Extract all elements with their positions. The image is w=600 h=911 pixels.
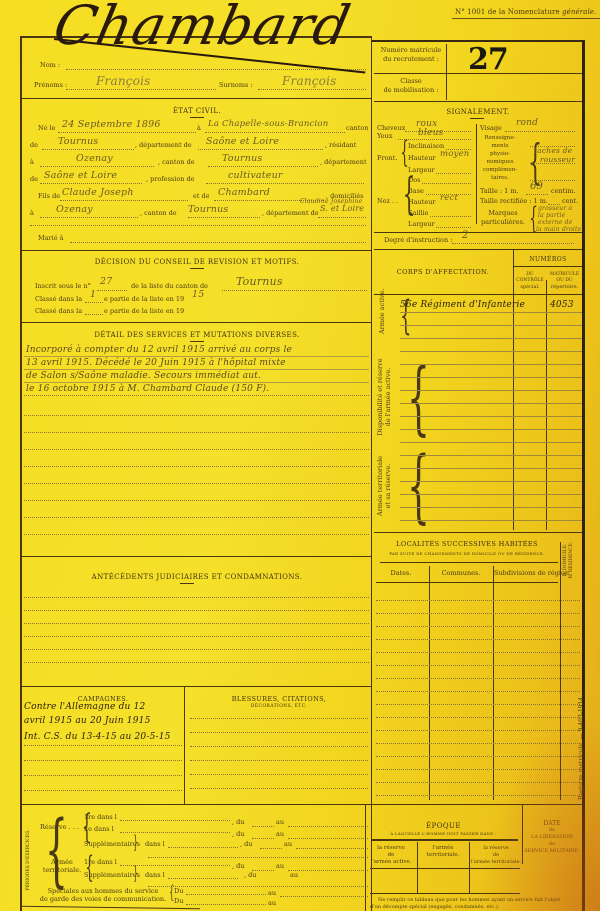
divider <box>22 98 372 99</box>
renseignements-line: taires. <box>480 174 520 182</box>
field-line <box>120 820 230 821</box>
renseignements-value-1: taches de <box>534 146 572 155</box>
degre-instruction-value: 2 <box>462 230 469 241</box>
row-line <box>400 481 582 482</box>
surname-heading: Chambard <box>48 0 356 57</box>
taille-value: 69 <box>530 181 543 192</box>
row-line <box>376 782 580 783</box>
divider <box>452 18 600 19</box>
divider <box>22 686 372 687</box>
field-line <box>24 449 369 450</box>
supplementaires-label: Supplémentaires <box>84 840 140 848</box>
field-line <box>530 146 575 147</box>
field-line <box>206 183 364 184</box>
field-line <box>24 382 369 383</box>
row-line <box>400 442 582 443</box>
localites-title: LOCALITÉS SUCCESSIVES HABITÉES <box>374 540 560 548</box>
du-speciales-label: Du <box>174 887 183 895</box>
field-line <box>288 870 368 871</box>
reserve-1-label: 1re dans l <box>84 813 117 821</box>
departement-value: Saône et Loire <box>206 136 279 147</box>
marques-label-line: particulières. <box>480 218 526 227</box>
epoque-header-line: de <box>470 852 522 859</box>
field-line <box>186 904 266 905</box>
divider <box>514 266 582 267</box>
left-form-frame <box>20 36 372 911</box>
nez-largeur-label: Largeur <box>408 220 435 228</box>
divider <box>22 556 372 557</box>
field-line <box>24 415 369 416</box>
matricule-entry: 4053 <box>550 300 574 310</box>
field-line <box>205 132 345 133</box>
row-line <box>376 704 580 705</box>
territoriale-line: et sa réserve. <box>384 446 392 526</box>
field-line <box>252 838 274 839</box>
divider <box>470 118 484 119</box>
field-line <box>24 636 369 637</box>
field-line <box>24 534 369 535</box>
field-line <box>24 649 369 650</box>
field-line <box>398 139 471 140</box>
field-line <box>24 775 182 776</box>
du-label: , du <box>232 830 244 838</box>
de-label: de <box>30 141 38 149</box>
yeux-label: Yeux <box>377 132 392 140</box>
nom-field-line <box>66 69 366 70</box>
blessures-title: BLESSURES, CITATIONS, <box>186 695 372 703</box>
row-line <box>376 769 580 770</box>
field-line <box>70 242 366 243</box>
localites-subtitle: PAR SUITE DE CHANGEMENTS DE DOMICILE OU … <box>374 551 560 556</box>
field-line <box>24 500 369 501</box>
field-line <box>190 746 368 747</box>
field-line <box>24 745 182 746</box>
visage-label: Visage <box>480 124 502 132</box>
base-label: Base <box>408 187 424 195</box>
row-line <box>376 600 580 601</box>
epoque-header-line: de <box>366 852 416 859</box>
decision-title: DÉCISION DU CONSEIL DE REVISION ET MOTIF… <box>22 258 372 266</box>
field-line <box>30 225 366 226</box>
epoque-col-reserve-active: la réserve de l'armée active. <box>366 845 416 866</box>
field-line <box>40 217 138 218</box>
row-line <box>400 377 582 378</box>
field-line <box>40 183 142 184</box>
field-line <box>85 314 103 315</box>
register-print-note: Registre matricule. — 9-403-1914. <box>578 695 585 800</box>
date-liberation-line: LA LIBÉRATION <box>523 834 581 841</box>
epoque-title: ÉPOQUE <box>366 822 521 830</box>
reserve-label: Réserve . . . <box>40 823 79 831</box>
residant-label: , résidant <box>325 141 356 149</box>
field-line <box>168 847 238 848</box>
du-label: , du <box>240 840 252 848</box>
profession-label: , profession de <box>146 175 195 183</box>
numeros-title: NUMÉROS <box>514 256 582 263</box>
epoque-header-line: la réserve <box>470 845 522 852</box>
row-line <box>400 325 582 326</box>
profession-value: cultivateur <box>228 170 283 181</box>
reserve-2-label: 2e dans l <box>84 825 114 833</box>
nomenclature-number: N° 1001 de la Nomenclature générale. <box>455 8 596 16</box>
field-line <box>58 132 196 133</box>
row-line <box>400 403 582 404</box>
residence-value: Ozenay <box>76 153 113 164</box>
disponibilite-line: Disponibilité et réserve <box>376 352 384 442</box>
register-page: N° 1001 de la Nomenclature générale. Cha… <box>0 0 600 911</box>
field-line <box>296 848 368 849</box>
field-line <box>24 790 182 791</box>
liste-canton-value: Tournus <box>236 275 283 288</box>
row-line <box>376 613 580 614</box>
au-label: au <box>284 840 292 848</box>
divider <box>370 868 520 869</box>
taille-rectifiee-unit: cent. <box>562 197 578 205</box>
epoque-note-line-1: Ne remplir ce tableau que pour les homme… <box>378 897 560 903</box>
renseignements-line: ments <box>480 142 520 150</box>
controle-column-header: DU CONTRÔLE spécial. <box>514 272 546 290</box>
matricule-column-header: MATRICULE OU DU répertoire. <box>547 272 582 290</box>
au-label: au <box>290 871 298 879</box>
birth-date-value: 24 Septembre 1896 <box>62 119 161 130</box>
row-line <box>400 429 582 430</box>
prenoms-label: Prénoms : <box>34 81 67 89</box>
taille-label: Taille : 1 m. <box>480 187 519 195</box>
divider <box>374 232 582 233</box>
field-line <box>24 395 369 396</box>
divider <box>370 893 520 894</box>
divider <box>374 73 582 74</box>
front-hauteur-value: moyen <box>440 149 469 159</box>
service-line: de Salon s/Saône maladie. Secours immédi… <box>26 371 261 381</box>
etat-civil-title: ÉTAT CIVIL. <box>22 107 372 115</box>
canton-value: Tournus <box>58 136 99 147</box>
prenoms-value: François <box>96 74 151 88</box>
mother-value: Chambard <box>218 187 270 198</box>
row-line <box>376 626 580 627</box>
epoque-subtitle: À LAQUELLE L'HOMME DOIT PASSER DANS : <box>366 831 521 836</box>
ne-le-label: Né le <box>38 124 56 132</box>
divider <box>546 280 547 530</box>
field-line <box>85 302 103 303</box>
fils-label: Fils de <box>38 192 60 200</box>
field-line <box>24 483 369 484</box>
matricule-label-line: du recrutement : <box>376 55 446 64</box>
epoque-note-line-2: d'un décompte spécial (engagés, condamné… <box>370 904 499 910</box>
brace-icon: { <box>407 446 430 526</box>
father-value: Claude Joseph <box>62 187 134 198</box>
canton3-label: , canton de <box>140 209 177 217</box>
classe2-label: Classé dans la <box>35 307 82 315</box>
speciales-label: Spéciales aux hommes du service de garde… <box>38 887 168 903</box>
field-line <box>24 432 369 433</box>
classe-label-line: de mobilisation : <box>376 86 446 95</box>
date-liberation-line: de <box>523 827 581 834</box>
row-line <box>400 494 582 495</box>
canton3-value: Tournus <box>188 204 229 215</box>
row-line <box>376 691 580 692</box>
field-line <box>430 216 471 217</box>
front-label: Front. <box>377 154 397 162</box>
saillie-label: Saillie <box>408 209 429 217</box>
dos-label: Dos <box>408 176 420 184</box>
classe1-label: Classé dans la <box>35 295 82 303</box>
brace-icon: } <box>133 834 138 852</box>
marques-label: Marques particulières. <box>480 209 526 227</box>
au-label: au <box>268 899 276 907</box>
field-line <box>198 149 323 150</box>
du-speciales-label: Du <box>174 897 183 905</box>
antecedents-title: ANTÉCÉDENTS JUDICIAIRES ET CONDAMNATIONS… <box>22 573 372 581</box>
inscrit-value: 27 <box>100 276 113 287</box>
marques-value-2: la partie <box>538 212 565 219</box>
epoque-header-line: l'armée territoriale. <box>470 859 522 866</box>
row-line <box>400 351 582 352</box>
field-line <box>24 369 369 370</box>
marques-value-1: grosseur à <box>538 205 572 212</box>
taille-unit: centim. <box>551 187 576 195</box>
field-line <box>40 166 154 167</box>
de2-label: de <box>30 175 38 183</box>
divider <box>446 44 447 100</box>
row-line <box>400 390 582 391</box>
row-line <box>400 520 582 521</box>
signalement-title: SIGNALEMENT. <box>374 108 582 116</box>
field-line <box>505 131 575 132</box>
a-label: à <box>197 124 201 132</box>
field-line <box>222 290 367 291</box>
row-line <box>376 743 580 744</box>
surnoms-value: François <box>282 74 337 88</box>
territoriale-label: Armée territoriale et sa réserve. <box>376 446 392 526</box>
classe1-value: 1 <box>90 289 96 300</box>
nez-hauteur-label: Hauteur <box>408 198 435 206</box>
row-line <box>376 717 580 718</box>
row-line <box>400 507 582 508</box>
row-line <box>400 338 582 339</box>
field-line <box>436 227 471 228</box>
epoque-header-line: la réserve <box>366 845 416 852</box>
divider <box>429 566 430 800</box>
field-line <box>24 597 369 598</box>
canton2-value: Tournus <box>222 153 263 164</box>
et-de-label: et de <box>193 192 210 200</box>
campagne-line: Contre l'Allemagne du 12 <box>24 702 145 712</box>
armee-territoriale-line: Armée <box>40 858 84 866</box>
field-line <box>24 760 182 761</box>
date-liberation-line: DATE <box>523 820 581 827</box>
armee-active-label: Armée active. <box>378 294 386 334</box>
campagne-line: avril 1915 au 20 Juin 1915 <box>24 716 151 726</box>
service-line: le 16 octobre 1915 à M. Chambard Claude … <box>26 384 269 394</box>
inscrit-label: Inscrit sous le n° <box>35 282 91 290</box>
header-line: spécial. <box>514 284 546 290</box>
divider <box>380 562 558 563</box>
service-line: 13 avril 1915. Décédé le 20 Juin 1915 à … <box>26 358 286 368</box>
birthplace-value: La Chapelle-sous-Brancion <box>208 119 328 129</box>
divider <box>374 101 582 102</box>
brace-icon: { <box>45 810 68 890</box>
row-line <box>400 364 582 365</box>
divider <box>372 839 518 841</box>
renseignements-line: Renseigne- <box>480 134 520 142</box>
renseignements-label: Renseigne- ments physio- nomiques complé… <box>480 134 520 182</box>
prenoms-field-line <box>66 89 216 90</box>
field-line <box>452 243 574 244</box>
divider <box>22 250 372 251</box>
residence-a-label: à <box>30 158 34 166</box>
row-line <box>376 756 580 757</box>
marques-label-line: Marques <box>480 209 526 218</box>
field-line <box>288 826 368 827</box>
field-line <box>280 896 368 897</box>
classe-label-line: Classe <box>376 77 446 86</box>
dans-l-label: dans l <box>145 840 165 848</box>
epoque-header-line: territoriale. <box>418 852 468 859</box>
nez-label: Nez . . <box>377 197 398 205</box>
communes-column-header: Communes. <box>430 569 492 577</box>
renseignements-line: physio- <box>480 150 520 158</box>
divider <box>493 566 494 800</box>
divider <box>374 249 582 250</box>
divider <box>184 686 185 804</box>
row-line <box>376 795 580 796</box>
row-line <box>376 730 580 731</box>
campagne-line: Int. C.S. du 13-4-15 au 20-5-15 <box>24 732 171 742</box>
marques-value-3: externe de <box>538 219 572 226</box>
nom-label: Nom : <box>40 61 60 69</box>
divider <box>180 583 194 584</box>
territoriale-1-label: 1re dans l <box>84 858 117 866</box>
field-line <box>42 149 134 150</box>
dates-column-header: Dates. <box>374 569 428 577</box>
supplementaires-terr-label: Supplémentaires <box>84 871 140 879</box>
yeux-value: bleus <box>418 128 443 138</box>
corps-entry: 56e Régiment d'Infanterie <box>400 300 525 310</box>
row-line <box>376 652 580 653</box>
date-liberation-line: SERVICE MILITAIRE. <box>523 848 581 855</box>
degre-instruction-label: Degré d'instruction : <box>384 236 452 244</box>
field-line <box>436 173 471 174</box>
header-line: répertoire. <box>547 284 582 290</box>
visage-value: rond <box>516 118 538 128</box>
field-line <box>260 848 282 849</box>
departement-label: , département de <box>135 141 192 149</box>
divider <box>374 532 582 533</box>
brace-icon: } <box>133 865 138 883</box>
disponibilite-line: de l'armée active. <box>384 352 392 442</box>
field-line <box>190 788 368 789</box>
blessures-subtitle: DÉCORATIONS, ETC. <box>186 704 372 709</box>
row-line <box>376 678 580 679</box>
armee-territoriale-label: Armée territoriale. <box>40 858 84 874</box>
surnoms-label: Surnoms : <box>219 81 253 89</box>
departement3-value: S. et Loire <box>320 204 364 213</box>
row-line <box>400 312 582 313</box>
speciales-line: Spéciales aux hommes du service <box>38 887 168 895</box>
field-line <box>190 732 368 733</box>
date-liberation-header: DATE de LA LIBÉRATION du SERVICE MILITAI… <box>523 820 581 855</box>
field-line <box>24 517 369 518</box>
marie-label: Marié à <box>38 234 64 242</box>
du-label: , du <box>232 862 244 870</box>
divider <box>560 542 561 800</box>
corps-affectation-title: CORPS D'AFFECTATION. <box>374 268 512 276</box>
field-line <box>252 826 274 827</box>
speciales-line: de garde des voies de communication. <box>38 895 168 903</box>
canton2-label: , canton de <box>158 158 195 166</box>
domicile-value: Ozenay <box>56 204 93 215</box>
divider <box>22 322 372 323</box>
au-label: au <box>276 862 284 870</box>
field-line <box>186 894 266 895</box>
field-line <box>188 217 260 218</box>
row-line <box>376 639 580 640</box>
field-line <box>526 194 548 195</box>
service-line: Incorporé à compter du 12 avril 1915 arr… <box>26 345 292 355</box>
matricule-label: Numéro matricule du recrutement : <box>376 46 446 64</box>
date-liberation-line: du <box>523 841 581 848</box>
row-line <box>400 455 582 456</box>
disponibilite-label: Disponibilité et réserve de l'armée acti… <box>376 352 392 442</box>
armee-territoriale-line: territoriale. <box>40 866 84 874</box>
inclinaison-label: Inclinaison <box>408 142 444 150</box>
divider <box>190 117 204 118</box>
field-line <box>97 290 127 291</box>
subdivisions-column-header: Subdivisions de région. <box>494 569 558 577</box>
field-line <box>24 662 369 663</box>
field-line <box>208 166 318 167</box>
divider <box>376 582 558 583</box>
departement2-label: , département <box>320 158 367 166</box>
au-label: au <box>276 830 284 838</box>
services-title: DÉTAIL DES SERVICES ET MUTATIONS DIVERSE… <box>22 331 372 339</box>
dans-l-label: dans l <box>145 871 165 879</box>
departement2-value: Saône et Loire <box>44 170 117 181</box>
front-hauteur-label: Hauteur <box>408 154 435 162</box>
au-label: au <box>276 818 284 826</box>
territoriale-line: Armée territoriale <box>376 446 384 526</box>
cheveux-label: Cheveux <box>377 124 405 132</box>
divider <box>22 804 582 805</box>
epoque-header-line: l'armée active. <box>366 859 416 866</box>
field-line <box>60 200 188 201</box>
field-line <box>24 356 369 357</box>
epoque-col-territoriale: l'armée territoriale. <box>418 845 468 859</box>
field-line <box>288 838 368 839</box>
epoque-col-reserve-territoriale: la réserve de l'armée territoriale. <box>470 845 522 866</box>
divider <box>190 341 204 342</box>
renseignements-line: nomiques <box>480 158 520 166</box>
du-label: , du <box>244 871 256 879</box>
renseignements-line: complémen- <box>480 166 520 174</box>
canton-label: canton <box>346 124 368 132</box>
matricule-label-line: Numéro matricule <box>376 46 446 55</box>
field-line <box>190 760 368 761</box>
field-line <box>24 466 369 467</box>
divider <box>190 268 204 269</box>
classe2-suffix: e partie de la liste en 19 <box>104 307 184 315</box>
du-label: , du <box>232 818 244 826</box>
matricule-number: 27 <box>468 42 508 77</box>
classe1-year: 15 <box>192 289 205 300</box>
field-line <box>190 718 368 719</box>
domicile-a-label: à <box>30 209 34 217</box>
epoque-header-line: l'armée <box>418 845 468 852</box>
field-line <box>24 623 369 624</box>
au-label: au <box>268 889 276 897</box>
field-line <box>318 217 366 218</box>
